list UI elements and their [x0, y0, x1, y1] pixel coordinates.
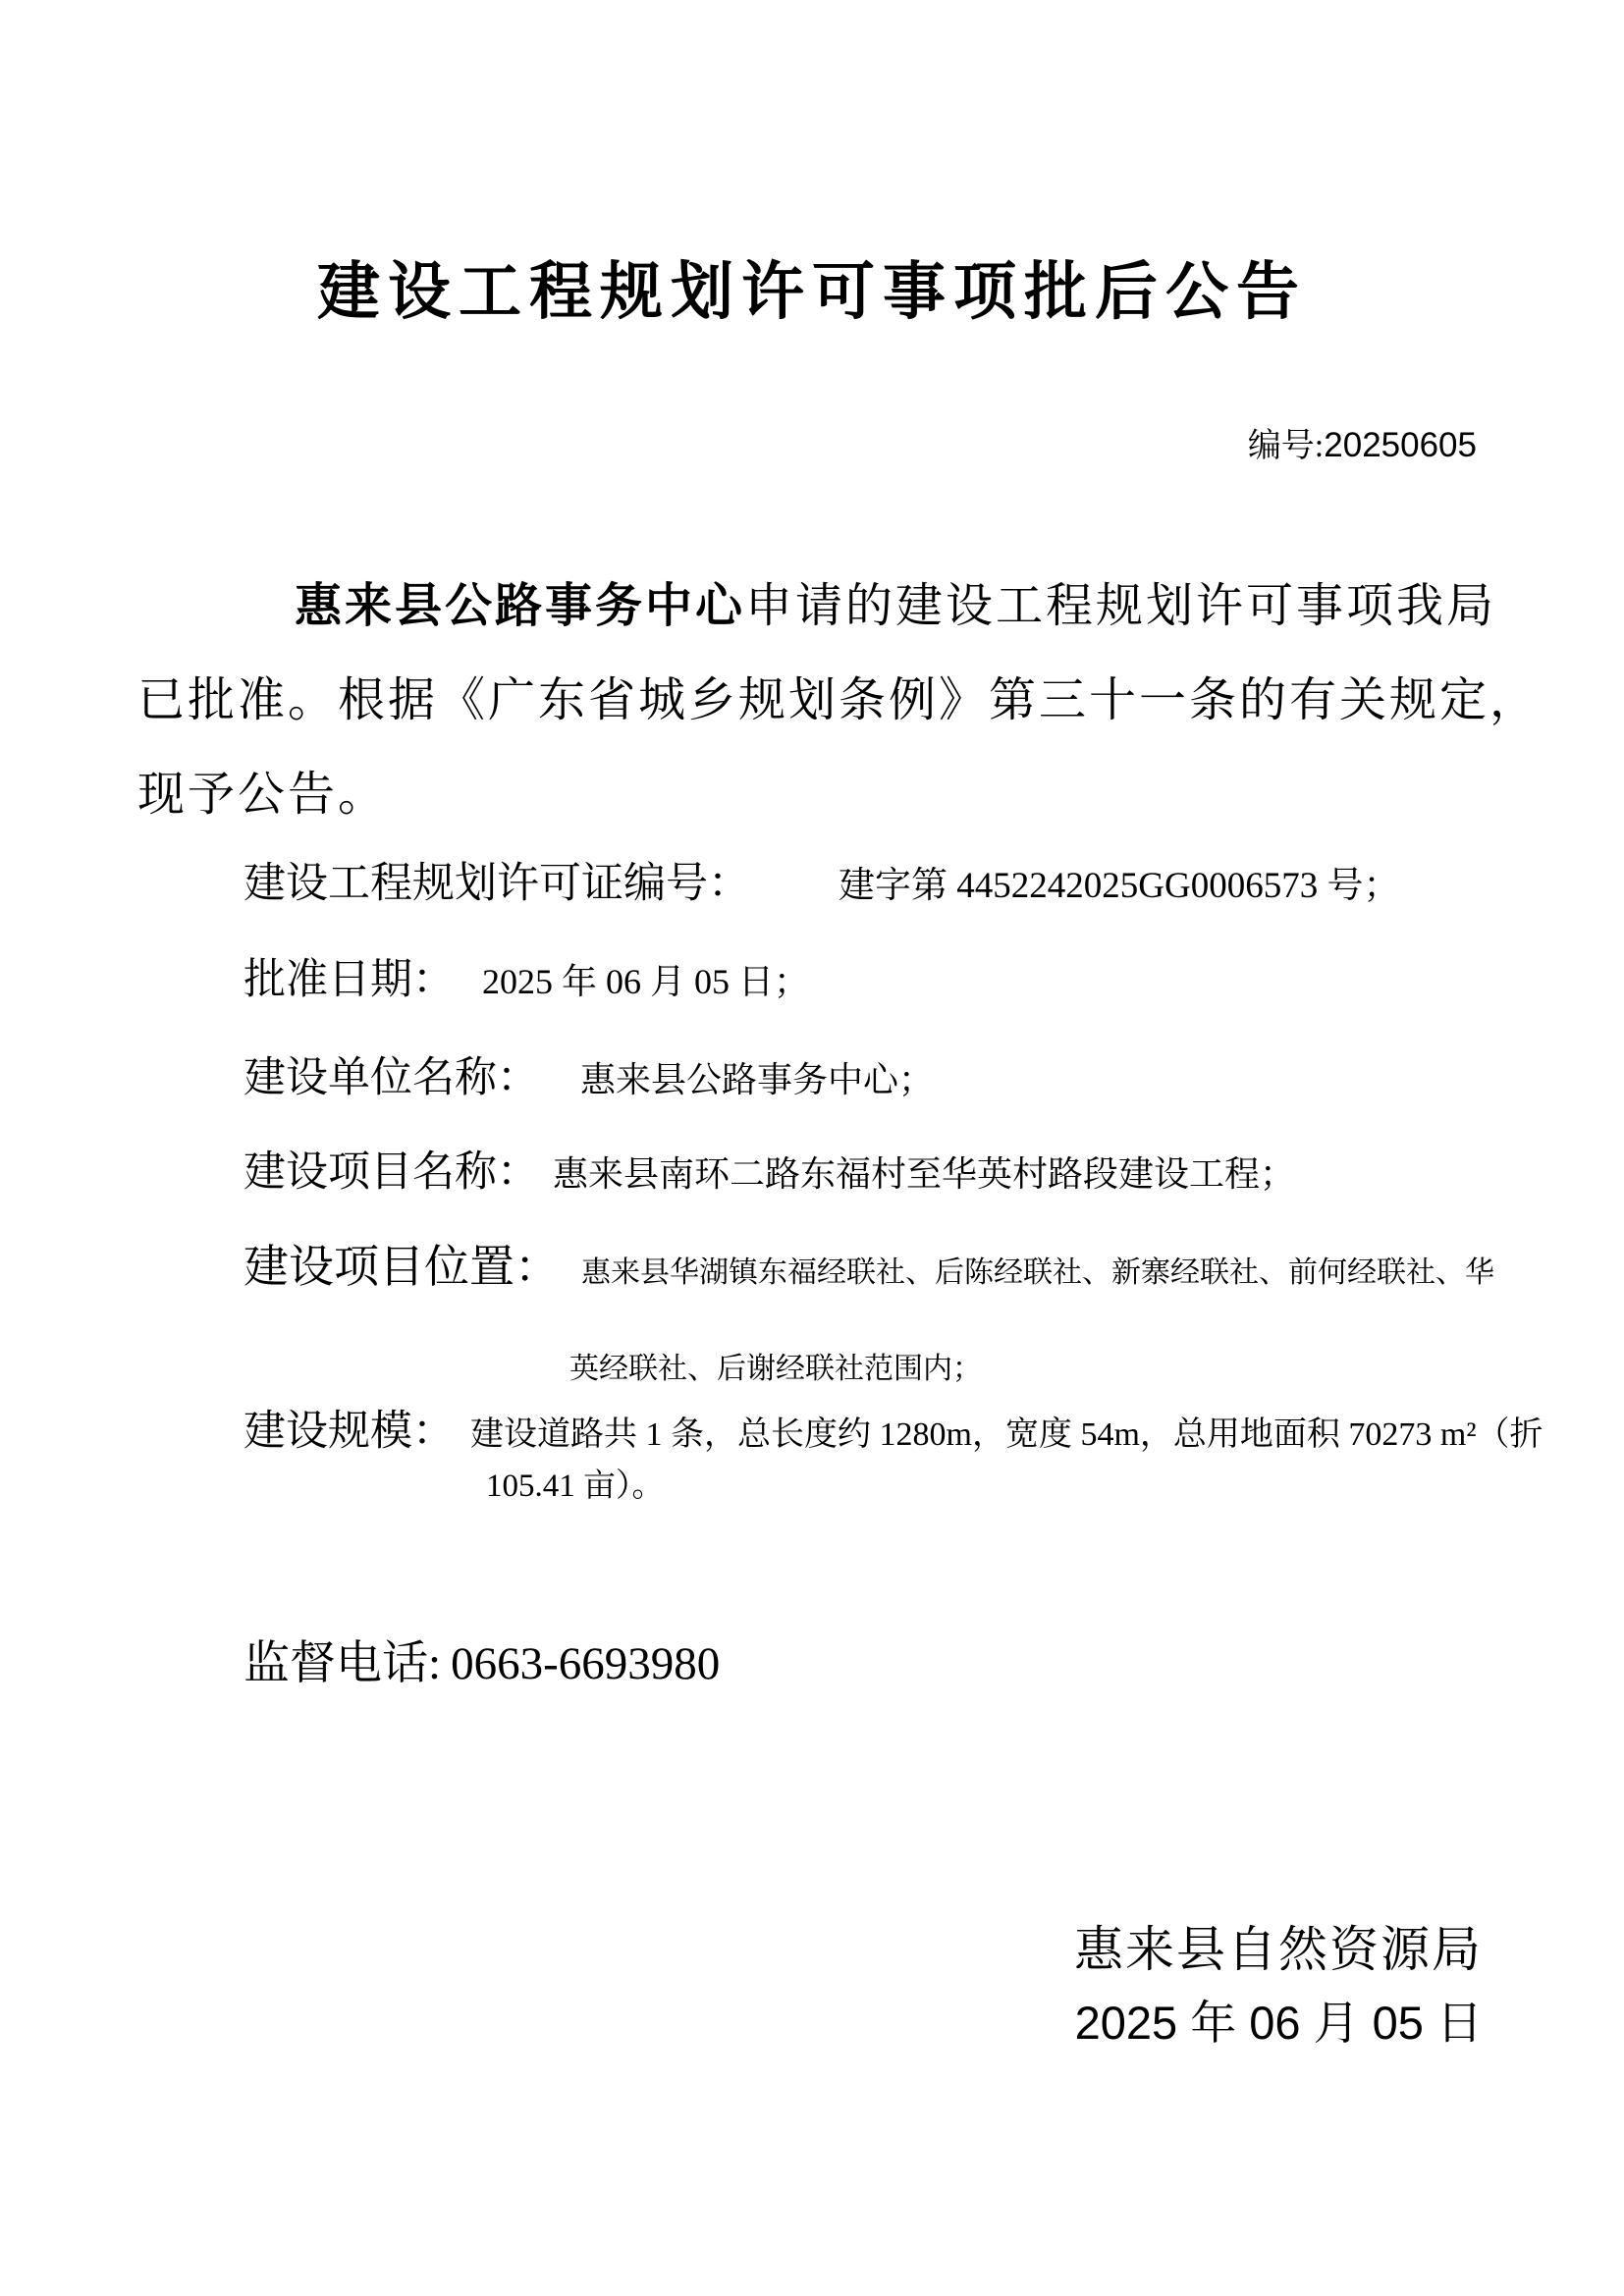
field-permit-number: 建设工程规划许可证编号：建字第 4452242025GG0006573 号；: [244, 858, 1399, 911]
field-construction-unit-value: 惠来县公路事务中心；: [580, 1060, 934, 1099]
field-project-name: 建设项目名称：惠来县南环二路东福村至华英村路段建设工程；: [244, 1147, 1295, 1200]
field-construction-scale-label: 建设规模：: [244, 1409, 455, 1455]
supervision-phone-label: 监督电话:: [244, 1638, 441, 1689]
intro-line-1: 惠来县公路事务中心申请的建设工程规划许可事项我局: [295, 577, 1496, 636]
field-approval-date-label: 批准日期：: [244, 957, 455, 1003]
supervision-phone-number: 0663-6693980: [451, 1638, 720, 1689]
field-construction-scale-value-line2: 105.41 亩）。: [486, 1467, 665, 1507]
signature-date: 2025 年 06 月 05 日: [1075, 1995, 1483, 2053]
doc-number-value: 20250605: [1324, 426, 1477, 464]
signature-organization: 惠来县自然资源局: [1074, 1919, 1483, 1981]
doc-number: 编号:20250605: [1248, 424, 1477, 468]
field-project-location-label: 建设项目位置：: [244, 1242, 560, 1292]
field-approval-date-value: 2025 年 06 月 05 日；: [482, 962, 809, 1001]
field-permit-number-label: 建设工程规划许可证编号：: [244, 861, 750, 907]
field-construction-unit-label: 建设单位名称：: [244, 1055, 539, 1101]
field-approval-date: 批准日期：2025 年 06 月 05 日；: [244, 954, 809, 1007]
supervision-phone: 监督电话:0663-6693980: [244, 1635, 720, 1693]
field-permit-number-value: 建字第 4452242025GG0006573 号；: [839, 866, 1399, 906]
field-project-name-value: 惠来县南环二路东福村至华英村路段建设工程；: [553, 1154, 1295, 1194]
field-project-location-value-line2: 英经联社、后谢经联社范围内；: [569, 1351, 982, 1388]
field-project-location-value: 惠来县华湖镇东福经联社、后陈经联社、新寨经联社、前何经联社、华: [581, 1256, 1494, 1289]
intro-line-2: 已批准。根据《广东省城乡规划条例》第三十一条的有关规定，: [137, 671, 1540, 730]
intro-line-3: 现予公告。: [137, 766, 388, 825]
field-project-location: 建设项目位置：惠来县华湖镇东福经联社、后陈经联社、新寨经联社、前何经联社、华: [244, 1239, 1494, 1296]
field-project-name-label: 建设项目名称：: [244, 1149, 539, 1196]
intro-line-1-rest: 申请的建设工程规划许可事项我局: [745, 580, 1496, 632]
doc-number-label: 编号:: [1248, 428, 1324, 464]
field-construction-scale-value: 建设道路共 1 条，总长度约 1280m，宽度 54m，总用地面积 70273 …: [470, 1416, 1543, 1453]
applicant-name: 惠来县公路事务中心: [295, 580, 745, 632]
page-title: 建设工程规划许可事项批后公告: [0, 253, 1624, 332]
field-construction-scale: 建设规模：建设道路共 1 条，总长度约 1280m，宽度 54m，总用地面积 7…: [244, 1406, 1543, 1459]
announcement-document: 建设工程规划许可事项批后公告 编号:20250605 惠来县公路事务中心申请的建…: [0, 0, 1624, 2296]
field-construction-unit: 建设单位名称：惠来县公路事务中心；: [244, 1052, 934, 1105]
